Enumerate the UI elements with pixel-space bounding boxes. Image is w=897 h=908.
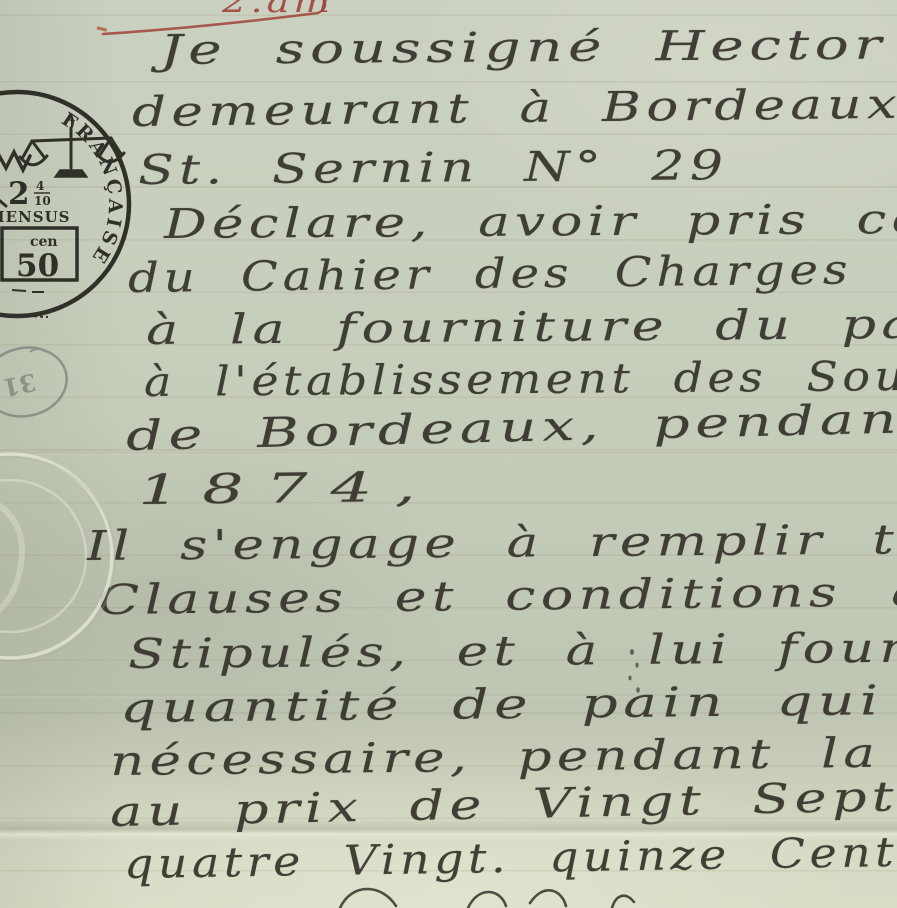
manuscript-line: Stipulés, et à lui fournir [128,623,897,678]
manuscript-photo: 2.am Je soussigné Hector De demeurant à … [0,0,897,908]
manuscript-line: quantité de pain qui lui [120,675,897,732]
manuscript-line: demeurant à Bordeaux Rue [132,78,897,136]
stamp-word: MENSUS [0,208,71,226]
stamp-value: 2 [8,176,30,212]
manuscript-line: à la fourniture du pain d [146,299,897,354]
svg-text:FRANÇAISE: FRANÇAISE [58,108,127,269]
manuscript-line: Clauses et conditions qui y [98,566,897,624]
cut-off-line-strokes [340,889,634,908]
oval-stamp-number: 31 [0,367,39,402]
manuscript-line: Déclare, avoir pris conna [164,194,897,248]
stamp-amount: 50 [16,248,59,284]
manuscript-line: 1874, [137,463,438,514]
scales-of-justice-icon [0,115,124,206]
stamp-denomination: 2 4 10 MENSUS cen 50 [0,176,77,317]
stamp-fraction-bottom: 10 [34,194,51,208]
red-ink-fleck [97,26,107,31]
manuscript-line: Je soussigné Hector De [160,19,897,74]
stamp-arc-text: FRANÇAISE [58,108,127,269]
manuscript-line: quatre Vingt. quinze Centimes [124,826,897,888]
manuscript-line: St. Sernin N° 29 [138,141,729,194]
manuscript-line: du Cahier des Charges relatif [128,243,897,302]
manuscript-line: Il s'engage à remplir toutes [86,514,897,570]
revenue-stamp: FRANÇAISE 2 4 [0,92,129,317]
red-annotation: 2.am [222,0,334,20]
oval-control-stamp: 31 [0,340,73,424]
stamp-unit-label: cen [30,234,58,250]
stamp-fraction-top: 4 [36,179,44,193]
